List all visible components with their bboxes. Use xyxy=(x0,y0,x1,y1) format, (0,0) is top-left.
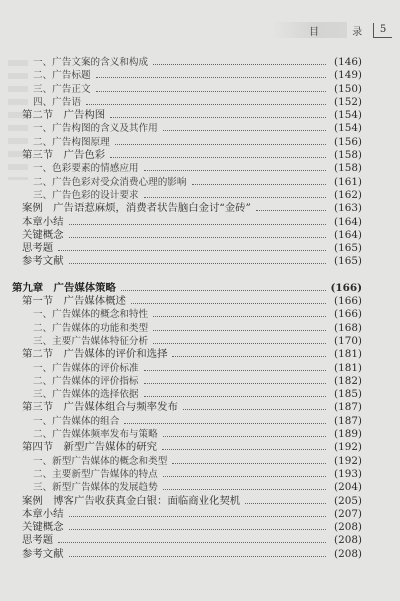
dot-leader xyxy=(153,342,326,344)
toc-entry-page: (150) xyxy=(326,83,362,96)
toc-entry-chapter[interactable]: 第九章 广告媒体策略(166) xyxy=(0,282,400,295)
toc-entry-page: (158) xyxy=(326,162,362,175)
dot-leader xyxy=(69,236,326,238)
toc-entry-item[interactable]: 一、广告文案的含义和构成(146) xyxy=(0,56,400,69)
header-title: 目 录 xyxy=(309,23,377,38)
toc-entry-item[interactable]: 二、主要新型广告媒体的特点(193) xyxy=(0,468,400,481)
toc-entry-section[interactable]: 关键概念(164) xyxy=(0,229,400,242)
toc-entry-page: (170) xyxy=(326,335,362,348)
toc-entry-section[interactable]: 第二节 广告媒体的评价和选择(181) xyxy=(0,348,400,361)
dot-leader xyxy=(153,315,326,317)
dot-leader xyxy=(124,422,326,424)
toc-entry-page: (185) xyxy=(326,388,362,401)
toc-entry-label: 一、广告构图的含义及其作用 xyxy=(33,122,163,135)
dot-leader xyxy=(144,382,326,384)
toc-entry-page: (164) xyxy=(326,216,362,229)
toc-entry-section[interactable]: 思考题(165) xyxy=(0,242,400,255)
toc-entry-label: 案例 广告语惹麻烦，消费者状告脑白金讨“金砖” xyxy=(22,202,256,215)
dot-leader xyxy=(110,116,326,118)
toc-entry-label: 第二节 广告媒体的评价和选择 xyxy=(22,348,172,361)
toc-entry-item[interactable]: 一、广告媒体的概念和特性(166) xyxy=(0,308,400,321)
toc-entry-page: (182) xyxy=(326,375,362,388)
toc-entry-section[interactable]: 第四节 新型广告媒体的研究(192) xyxy=(0,441,400,454)
toc-entry-label: 第三节 广告色彩 xyxy=(22,149,110,162)
toc-entry-page: (166) xyxy=(326,282,362,295)
toc-entry-section[interactable]: 本章小结(164) xyxy=(0,216,400,229)
toc-entry-item[interactable]: 三、广告媒体的选择依据(185) xyxy=(0,388,400,401)
toc-entry-section[interactable]: 第二节 广告构图(154) xyxy=(0,109,400,122)
toc-entry-label: 二、广告媒体频率发布与策略 xyxy=(33,428,163,441)
dot-leader xyxy=(96,76,326,78)
toc-entry-label: 二、广告色彩对受众消费心理的影响 xyxy=(33,176,192,189)
dot-leader xyxy=(144,395,326,397)
toc-entry-page: (208) xyxy=(326,521,362,534)
toc-entry-page: (162) xyxy=(326,189,362,202)
toc-entry-page: (158) xyxy=(326,149,362,162)
toc-entry-page: (165) xyxy=(326,255,362,268)
toc-entry-label: 第二节 广告构图 xyxy=(22,109,110,122)
toc-entry-label: 三、新型广告媒体的发展趋势 xyxy=(33,481,163,494)
dot-leader xyxy=(58,541,326,543)
toc-entry-page: (193) xyxy=(326,468,362,481)
toc-entry-label: 一、新型广告媒体的概念和类型 xyxy=(33,455,172,468)
toc-entry-item[interactable]: 四、广告语(152) xyxy=(0,96,400,109)
toc-entry-item[interactable]: 一、广告媒体的评价标准(181) xyxy=(0,362,400,375)
toc-entry-page: (192) xyxy=(326,455,362,468)
toc-entry-page: (152) xyxy=(326,96,362,109)
toc-entry-item[interactable]: 二、广告构图原理(156) xyxy=(0,136,400,149)
toc-entry-page: (208) xyxy=(326,548,362,561)
toc-entry-label: 四、广告语 xyxy=(33,96,86,109)
dot-leader xyxy=(69,262,326,264)
toc-entry-label: 三、广告色彩的设计要求 xyxy=(33,189,144,202)
toc-entry-label: 一、广告媒体的概念和特性 xyxy=(33,308,153,321)
dot-leader xyxy=(245,502,326,504)
dot-leader xyxy=(163,435,326,437)
dot-leader xyxy=(69,515,326,517)
dot-leader xyxy=(121,289,326,291)
toc-entry-item[interactable]: 二、广告媒体频率发布与策略(189) xyxy=(0,428,400,441)
toc-entry-section[interactable]: 思考题(208) xyxy=(0,534,400,547)
toc-entry-label: 参考文献 xyxy=(22,548,69,561)
dot-leader xyxy=(163,475,326,477)
toc-entry-label: 本章小结 xyxy=(22,216,69,229)
toc-entry-label: 一、色彩要素的情感应用 xyxy=(33,162,144,175)
toc-entry-item[interactable]: 一、新型广告媒体的概念和类型(192) xyxy=(0,455,400,468)
page-number: 5 xyxy=(373,23,392,38)
toc-entry-page: (166) xyxy=(326,308,362,321)
toc-entry-label: 第三节 广告媒体组合与频率发布 xyxy=(22,401,183,414)
toc-entry-item[interactable]: 一、色彩要素的情感应用(158) xyxy=(0,162,400,175)
toc-entry-page: (154) xyxy=(326,109,362,122)
toc-entry-page: (154) xyxy=(326,122,362,135)
toc-entry-page: (208) xyxy=(326,534,362,547)
toc-entry-item[interactable]: 三、广告正文(150) xyxy=(0,83,400,96)
toc-entry-label: 第九章 广告媒体策略 xyxy=(12,282,121,295)
toc-entry-section[interactable]: 案例 广告语惹麻烦，消费者状告脑白金讨“金砖”(163) xyxy=(0,202,400,215)
toc-entry-page: (165) xyxy=(326,242,362,255)
toc-entry-page: (166) xyxy=(326,295,362,308)
toc-entry-section[interactable]: 第三节 广告色彩(158) xyxy=(0,149,400,162)
toc-entry-label: 案例 博客广告收获真金白银：面临商业化契机 xyxy=(22,495,245,508)
dot-leader xyxy=(183,408,326,410)
toc-entry-label: 第一节 广告媒体概述 xyxy=(22,295,131,308)
dot-leader xyxy=(153,63,326,65)
toc-entry-label: 二、广告媒体的评价指标 xyxy=(33,375,144,388)
toc-entry-page: (168) xyxy=(326,322,362,335)
toc-entry-item[interactable]: 三、广告色彩的设计要求(162) xyxy=(0,189,400,202)
toc-entry-page: (161) xyxy=(326,176,362,189)
toc-entry-item[interactable]: 二、广告标题(149) xyxy=(0,69,400,82)
toc-entry-page: (156) xyxy=(326,136,362,149)
toc-entry-page: (164) xyxy=(326,229,362,242)
toc-entry-label: 二、广告构图原理 xyxy=(33,136,115,149)
toc-entry-section[interactable]: 第三节 广告媒体组合与频率发布(187) xyxy=(0,401,400,414)
toc-entry-label: 二、广告标题 xyxy=(33,69,96,82)
toc-entry-label: 二、主要新型广告媒体的特点 xyxy=(33,468,163,481)
running-header: 目 录 5 xyxy=(272,22,392,40)
toc-entry-label: 第四节 新型广告媒体的研究 xyxy=(22,441,162,454)
toc-entry-item[interactable]: 三、主要广告媒体特征分析(170) xyxy=(0,335,400,348)
dot-leader xyxy=(144,196,326,198)
toc-entry-page: (181) xyxy=(326,348,362,361)
toc-entry-page: (187) xyxy=(326,401,362,414)
toc-entry-page: (205) xyxy=(326,495,362,508)
toc-entry-label: 本章小结 xyxy=(22,508,69,521)
table-of-contents: 一、广告文案的含义和构成(146)二、广告标题(149)三、广告正文(150)四… xyxy=(0,56,400,561)
toc-entry-label: 参考文献 xyxy=(22,255,69,268)
toc-entry-label: 关键概念 xyxy=(22,521,69,534)
dot-leader xyxy=(172,355,326,357)
dot-leader xyxy=(144,169,326,171)
toc-entry-item[interactable]: 二、广告媒体的评价指标(182) xyxy=(0,375,400,388)
toc-entry-label: 关键概念 xyxy=(22,229,69,242)
toc-entry-label: 一、广告文案的含义和构成 xyxy=(33,56,153,69)
dot-leader xyxy=(96,90,326,92)
toc-entry-page: (149) xyxy=(326,69,362,82)
dot-leader xyxy=(69,223,326,225)
dot-leader xyxy=(256,209,326,211)
dot-leader xyxy=(131,302,326,304)
toc-entry-item[interactable]: 三、新型广告媒体的发展趋势(204) xyxy=(0,481,400,494)
toc-entry-page: (146) xyxy=(326,56,362,69)
toc-entry-item[interactable]: 二、广告媒体的功能和类型(168) xyxy=(0,322,400,335)
toc-entry-label: 一、广告媒体的评价标准 xyxy=(33,362,144,375)
dot-leader xyxy=(192,183,327,185)
dot-leader xyxy=(69,528,326,530)
toc-entry-section[interactable]: 参考文献(208) xyxy=(0,548,400,561)
toc-entry-section[interactable]: 参考文献(165) xyxy=(0,255,400,268)
toc-entry-page: (163) xyxy=(326,202,362,215)
dot-leader xyxy=(69,555,326,557)
dot-leader xyxy=(58,249,326,251)
toc-entry-page: (204) xyxy=(326,481,362,494)
toc-entry-section[interactable]: 关键概念(208) xyxy=(0,521,400,534)
toc-entry-section[interactable]: 案例 博客广告收获真金白银：面临商业化契机(205) xyxy=(0,495,400,508)
toc-entry-label: 二、广告媒体的功能和类型 xyxy=(33,322,153,335)
toc-entry-label: 三、主要广告媒体特征分析 xyxy=(33,335,153,348)
dot-leader xyxy=(172,462,326,464)
dot-leader xyxy=(144,369,326,371)
toc-entry-label: 思考题 xyxy=(22,242,58,255)
dot-leader xyxy=(110,156,326,158)
toc-entry-label: 一、广告媒体的组合 xyxy=(33,415,124,428)
dot-leader xyxy=(86,103,326,105)
toc-entry-page: (187) xyxy=(326,415,362,428)
toc-entry-item[interactable]: 一、广告媒体的组合(187) xyxy=(0,415,400,428)
toc-spacer xyxy=(0,269,400,282)
toc-entry-page: (207) xyxy=(326,508,362,521)
toc-entry-item[interactable]: 一、广告构图的含义及其作用(154) xyxy=(0,122,400,135)
toc-entry-page: (181) xyxy=(326,362,362,375)
dot-leader xyxy=(163,488,326,490)
toc-entry-page: (189) xyxy=(326,428,362,441)
toc-entry-label: 思考题 xyxy=(22,534,58,547)
dot-leader xyxy=(115,143,326,145)
dot-leader xyxy=(163,129,326,131)
toc-entry-label: 三、广告正文 xyxy=(33,83,96,96)
toc-entry-label: 三、广告媒体的选择依据 xyxy=(33,388,144,401)
toc-entry-page: (192) xyxy=(326,441,362,454)
dot-leader xyxy=(162,448,326,450)
dot-leader xyxy=(153,329,326,331)
toc-entry-section[interactable]: 本章小结(207) xyxy=(0,508,400,521)
toc-entry-item[interactable]: 二、广告色彩对受众消费心理的影响(161) xyxy=(0,176,400,189)
toc-entry-section[interactable]: 第一节 广告媒体概述(166) xyxy=(0,295,400,308)
